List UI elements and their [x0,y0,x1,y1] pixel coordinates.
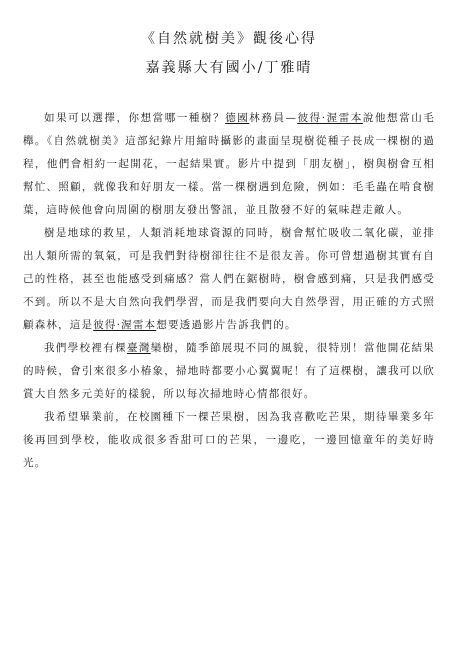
document-title: 《自然就樹美》觀後心得 [0,28,458,48]
author-line: 嘉義縣大有國小/丁雅晴 [0,57,458,77]
text-segment: 如果可以選擇，你想當哪一種樹？ [44,112,225,124]
text-segment: 我希望畢業前，在校園種下一棵芒果樹，因為我喜歡吃芒果，期待畢業多年後再回到學校，… [23,411,435,469]
place-name-germany: 德國 [225,112,249,124]
paragraph-1: 如果可以選擇，你想當哪一種樹？德國林務員—彼得·渥雷本說他想當山毛櫸。《自然就樹… [23,107,435,222]
text-segment: 我們學校裡有棵 [44,342,127,354]
text-segment: 說他想當山毛櫸。《自然就樹美》這部紀錄片用縮時攝影的畫面呈現樹從種子長成一棵樹的… [23,112,435,216]
document-body: 如果可以選擇，你想當哪一種樹？德國林務員—彼得·渥雷本說他想當山毛櫸。《自然就樹… [23,107,435,475]
person-name: 彼得·渥雷本 [93,319,156,331]
text-segment: 樹是地球的救星，人類消耗地球資源的同時，樹會幫忙吸收二氧化碳，並排出人類所需的氧… [23,227,435,331]
paragraph-4: 我希望畢業前，在校園種下一棵芒果樹，因為我喜歡吃芒果，期待畢業多年後再回到學校，… [23,406,435,475]
text-segment: 林務員— [249,112,297,124]
place-name-taiwan: 臺灣 [127,342,151,354]
text-segment: 想要透過影片告訴我們的。 [156,319,296,331]
document-page: 《自然就樹美》觀後心得 嘉義縣大有國小/丁雅晴 如果可以選擇，你想當哪一種樹？德… [0,0,458,648]
paragraph-2: 樹是地球的救星，人類消耗地球資源的同時，樹會幫忙吸收二氧化碳，並排出人類所需的氧… [23,222,435,337]
paragraph-3: 我們學校裡有棵臺灣欒樹，隨季節展現不同的風貌，很特別！當他開花結果的時候，會引來… [23,337,435,406]
person-name: 彼得·渥雷本 [297,112,363,124]
